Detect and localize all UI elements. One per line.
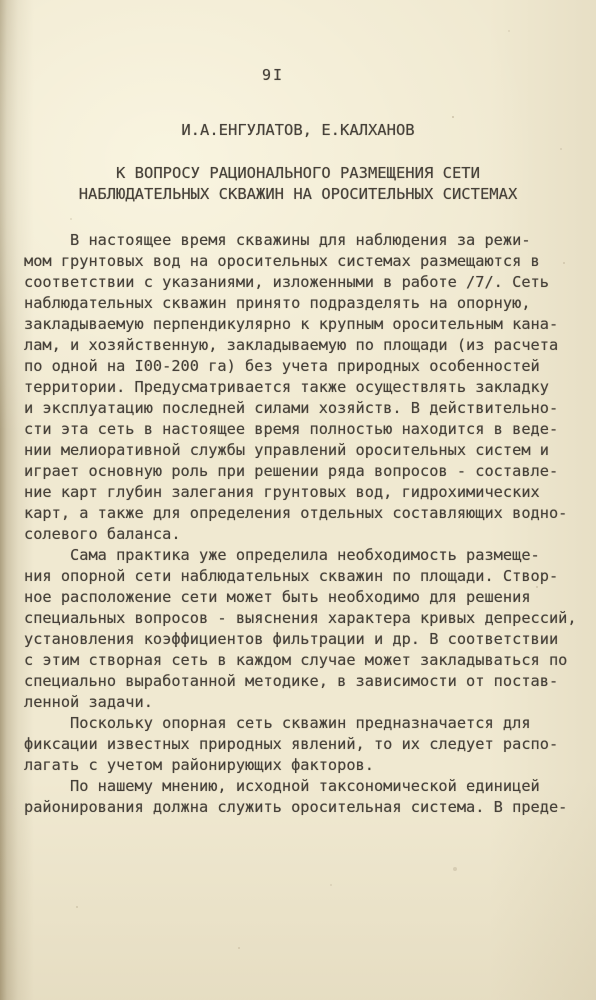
paragraph-2: Сама практика уже определила необходимос… bbox=[24, 545, 584, 713]
paragraph-4: По нашему мнению, исходной таксономическ… bbox=[24, 776, 584, 818]
paper-speckles bbox=[0, 0, 2, 2]
authors-line: И.А.ЕНГУЛАТОВ, Е.КАЛХАНОВ bbox=[0, 120, 596, 140]
paragraph-3: Поскольку опорная сеть скважин предназна… bbox=[24, 713, 584, 776]
scanned-page: 9I И.А.ЕНГУЛАТОВ, Е.КАЛХАНОВ К ВОПРОСУ Р… bbox=[0, 0, 596, 1000]
article-title: К ВОПРОСУ РАЦИОНАЛЬНОГО РАЗМЕЩЕНИЯ СЕТИ … bbox=[0, 163, 596, 205]
page-number: 9I bbox=[0, 66, 546, 85]
paragraph-1: В настоящее время скважины для наблюдени… bbox=[24, 230, 584, 545]
article-body: В настоящее время скважины для наблюдени… bbox=[24, 230, 584, 818]
